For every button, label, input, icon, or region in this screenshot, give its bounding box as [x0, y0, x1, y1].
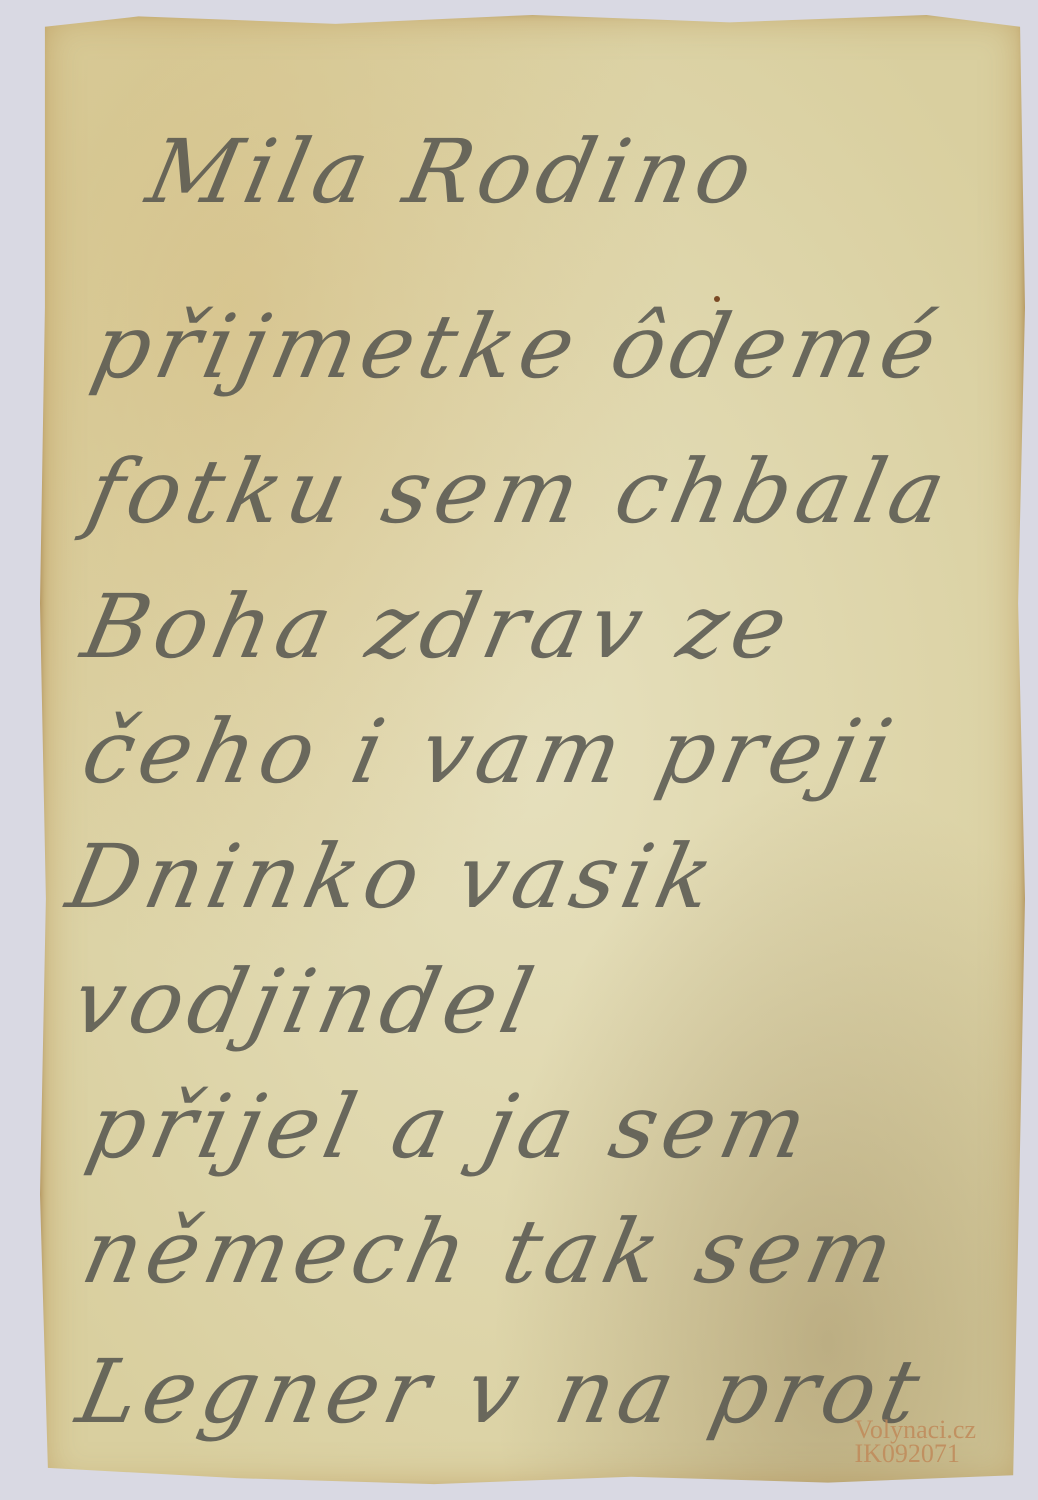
- handwriting-line-10: Legner v na prot: [69, 1340, 934, 1443]
- handwriting-line-3: fotku sem chbala: [79, 440, 960, 543]
- handwriting-line-2: přijmetke ôdemé: [84, 295, 951, 398]
- handwriting-line-4: Boha zdrav ze: [74, 575, 802, 678]
- handwriting-line-5: čeho i vam preji: [74, 700, 907, 803]
- handwriting-line-8: přijel a ja sem: [79, 1075, 822, 1178]
- watermark: Volynaci.cz IK092071: [854, 1418, 976, 1466]
- handwriting-line-1: Mila Rodino: [139, 120, 767, 223]
- watermark-id: IK092071: [854, 1442, 976, 1466]
- handwriting-line-9: němech tak sem: [74, 1200, 908, 1303]
- handwriting-line-6: Dninko vasik: [59, 825, 728, 928]
- handwriting-line-7: vodjindel: [64, 950, 548, 1053]
